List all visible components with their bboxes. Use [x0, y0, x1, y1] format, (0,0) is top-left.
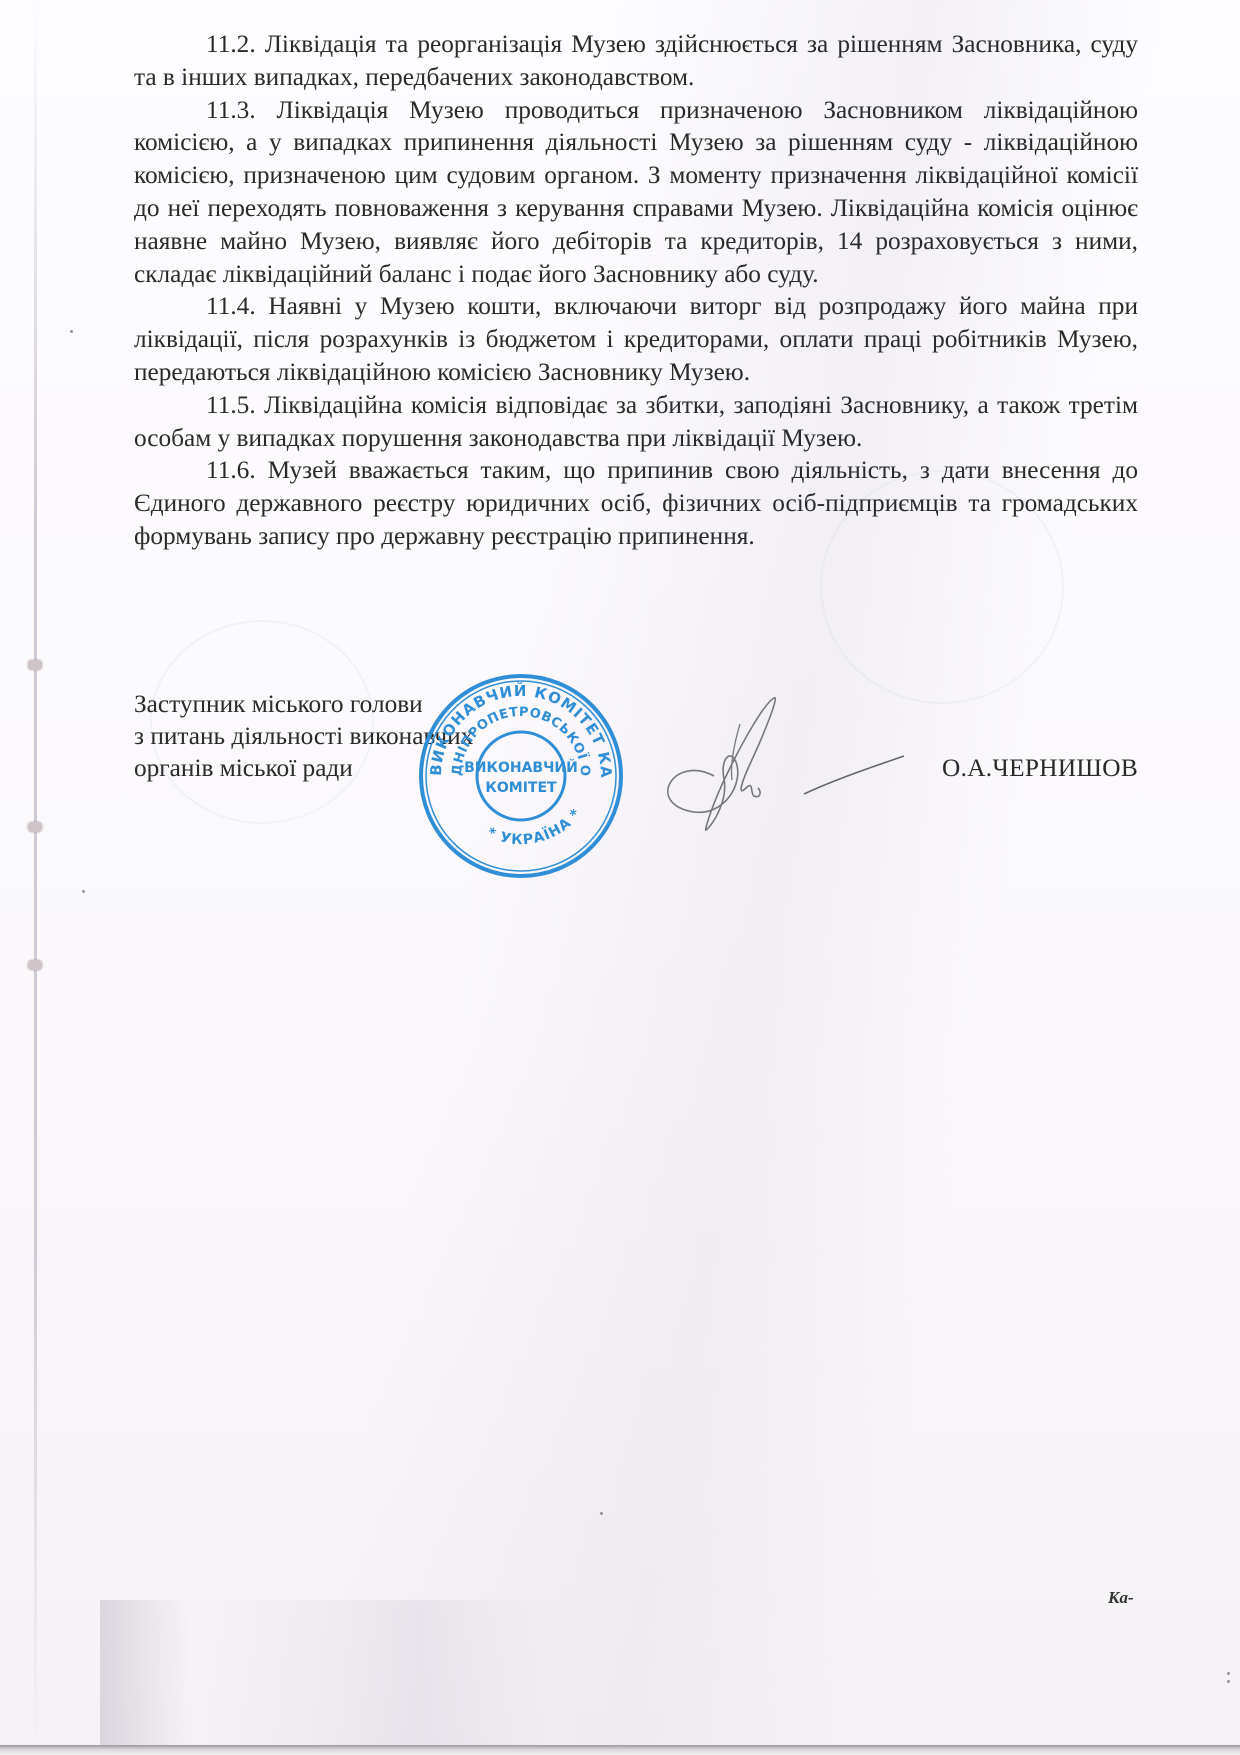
signature-block: Заступник міського голови з питань діяль… [134, 688, 1138, 888]
svg-text:* УКРАЇНА *: * УКРАЇНА * [485, 806, 585, 849]
scan-speck [82, 890, 85, 893]
scan-speck [1227, 1680, 1230, 1683]
paragraph-11-6: 11.6. Музей вважається таким, що припини… [134, 454, 1138, 552]
page-fold-shadow [100, 1600, 1240, 1745]
page-continuation-mark: Ка- [1108, 1588, 1134, 1608]
scanned-page: 11.2. Ліквідація та реорганізація Музею … [0, 0, 1240, 1755]
stamp-center-line-1: ВИКОНАВЧИЙ [464, 759, 578, 776]
page-bottom-edge [0, 1745, 1240, 1755]
scan-speck [1227, 1672, 1230, 1675]
stamp-center-line-2: КОМІТЕТ [485, 780, 557, 796]
stamp-bottom-text: * УКРАЇНА * [485, 806, 585, 849]
binding-thread-mark [28, 660, 42, 670]
paragraph-11-2: 11.2. Ліквідація та реорганізація Музею … [134, 28, 1138, 94]
scan-speck [70, 330, 73, 333]
paragraph-11-3: 11.3. Ліквідація Музею проводиться призн… [134, 94, 1138, 291]
paragraph-11-4: 11.4. Наявні у Музею кошти, включаючи ви… [134, 290, 1138, 388]
handwritten-signature-icon [654, 684, 914, 834]
binding-edge [34, 0, 37, 1755]
binding-thread-mark [28, 822, 42, 832]
binding-thread-mark [28, 960, 42, 970]
signatory-name: О.А.ЧЕРНИШОВ [942, 752, 1138, 784]
document-body: 11.2. Ліквідація та реорганізація Музею … [134, 28, 1138, 553]
paragraph-11-5: 11.5. Ліквідаційна комісія відповідає за… [134, 389, 1138, 455]
official-stamp-icon: ВИКОНАВЧИЙ КОМІТЕТ КАМ'ЯНСЬКОЇ МІСЬКОЇ Р… [411, 666, 631, 886]
scan-speck [600, 1512, 603, 1515]
